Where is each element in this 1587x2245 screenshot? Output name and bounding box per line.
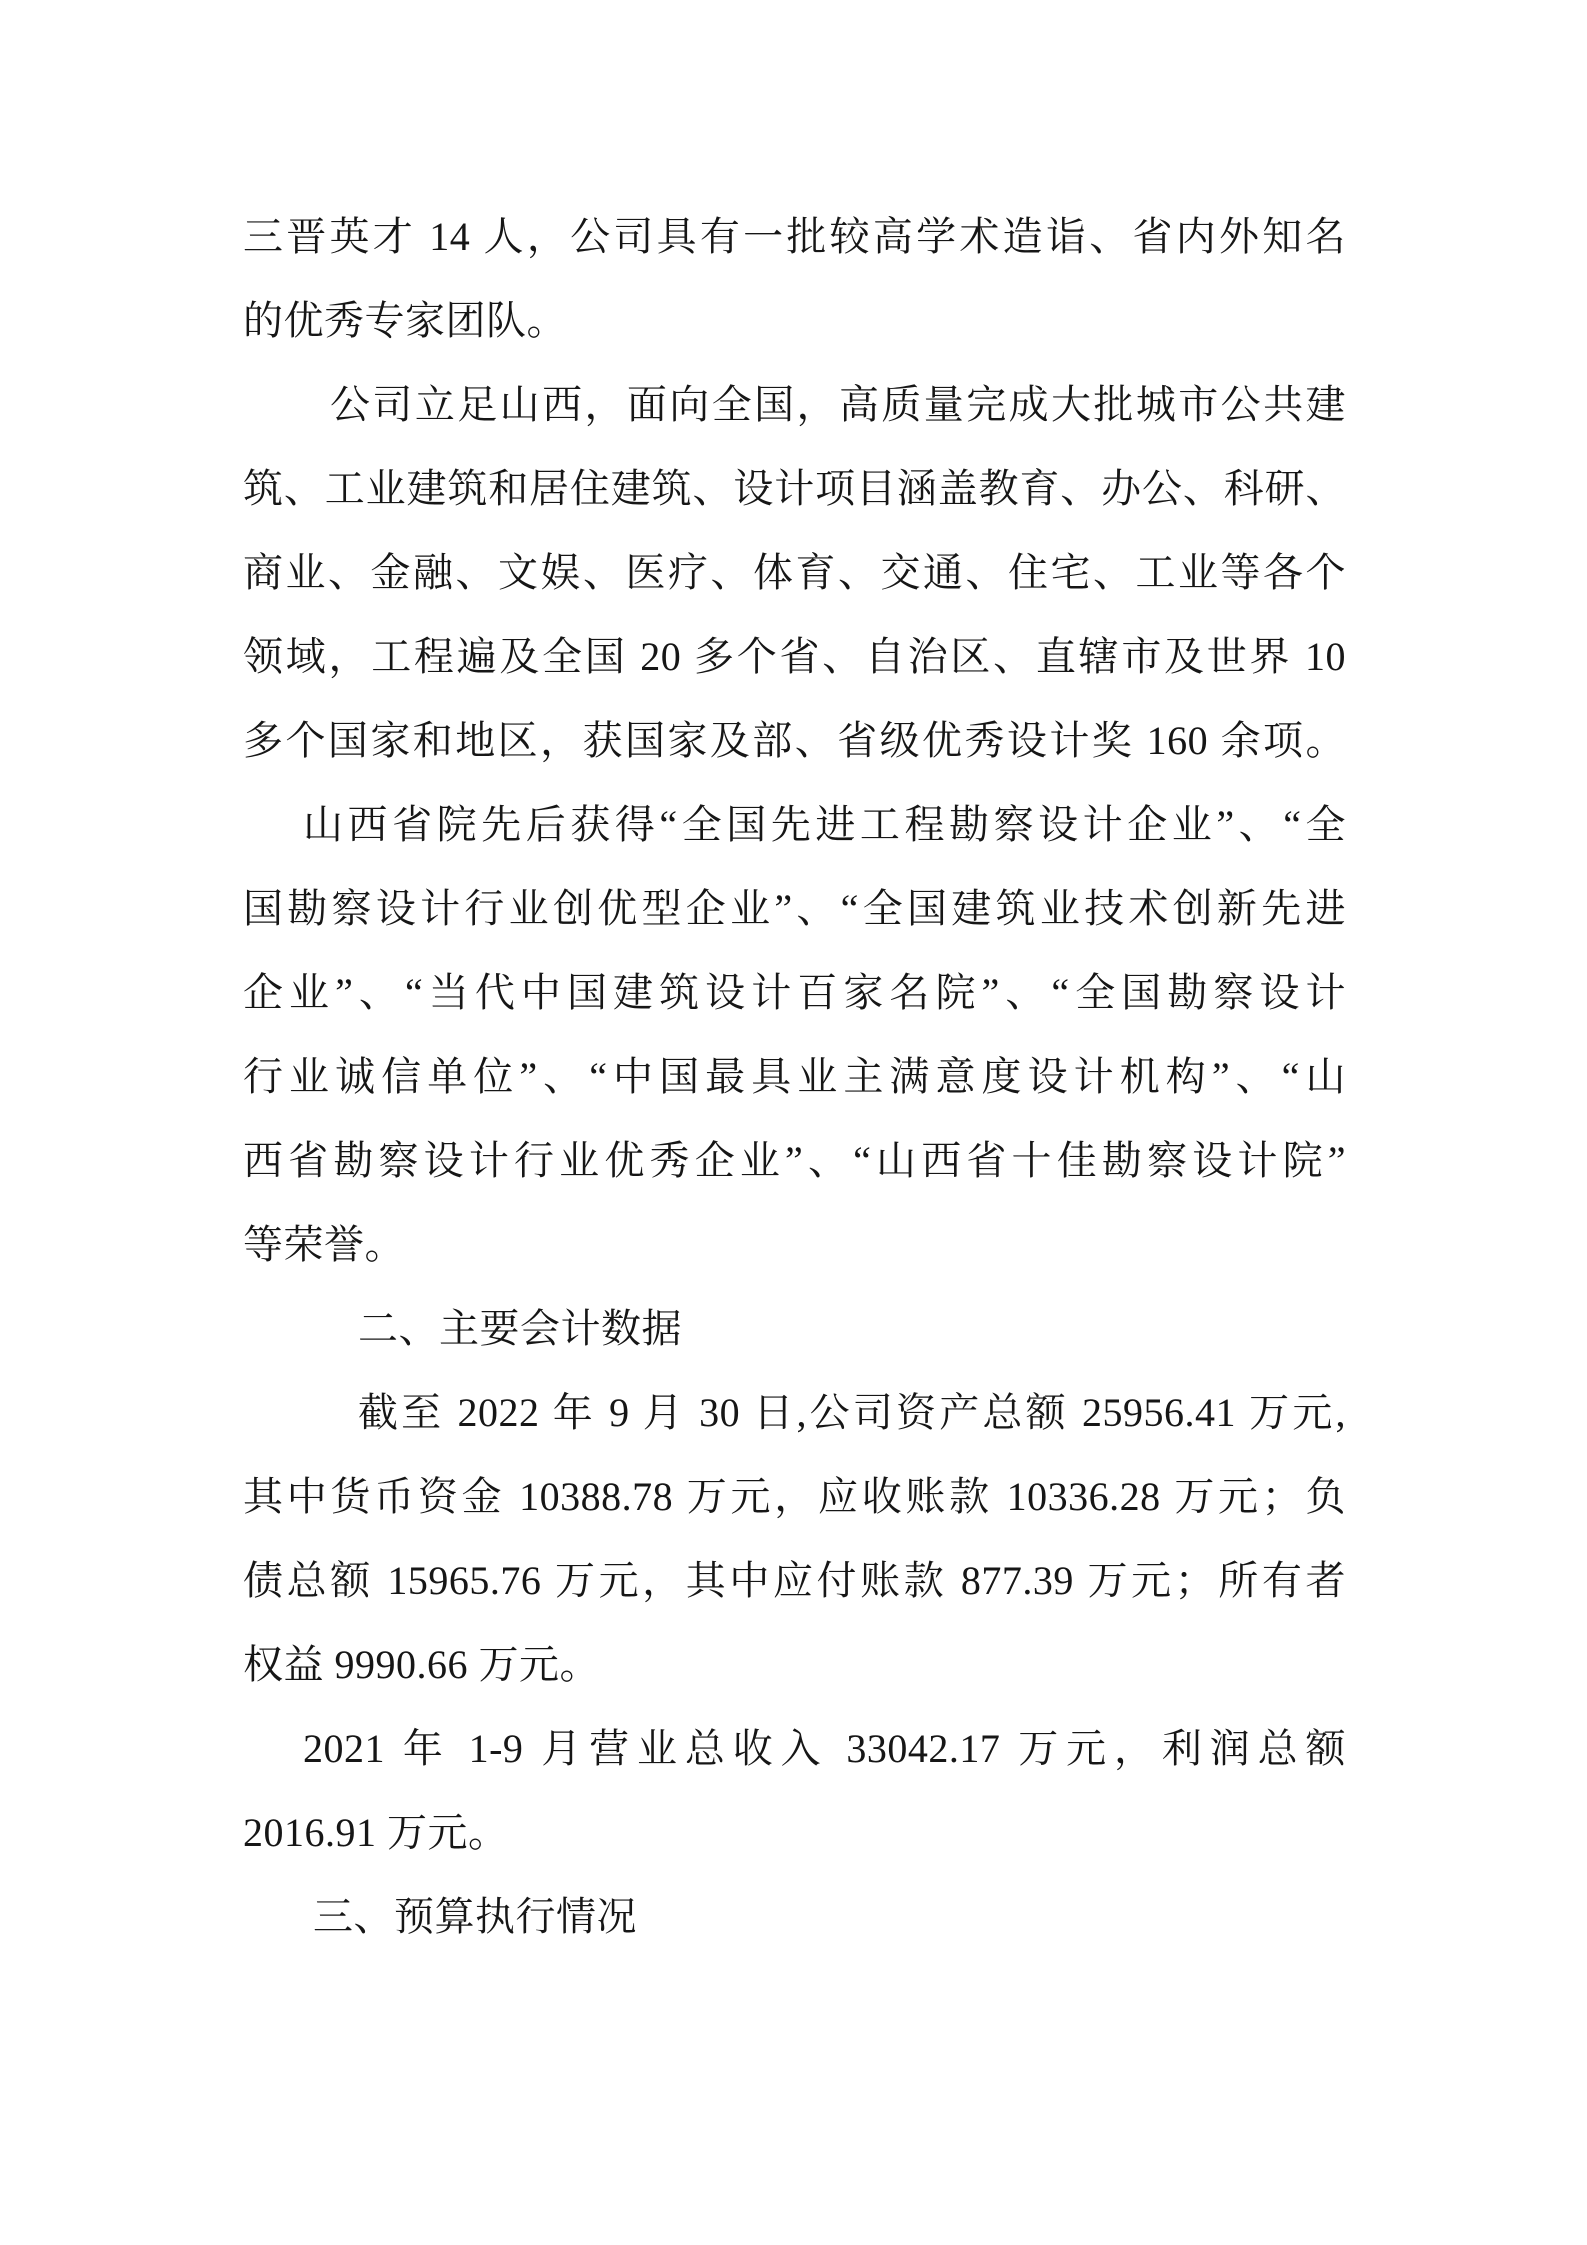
text-line: 的优秀专家团队。 (243, 279, 1346, 363)
text-line: 截至 2022 年 9 月 30 日,公司资产总额 25956.41 万元, (243, 1371, 1346, 1455)
text-line: 山西省院先后获得“全国先进工程勘察设计企业”、“全 (243, 783, 1346, 867)
document-body: 三晋英才 14 人，公司具有一批较高学术造诣、省内外知名的优秀专家团队。公司立足… (243, 195, 1346, 1959)
text-line: 筑、工业建筑和居住建筑、设计项目涵盖教育、办公、科研、 (243, 447, 1346, 531)
text-line: 2016.91 万元。 (243, 1791, 1346, 1875)
text-line: 西省勘察设计行业优秀企业”、“山西省十佳勘察设计院” (243, 1119, 1346, 1203)
text-line: 多个国家和地区，获国家及部、省级优秀设计奖 160 余项。 (243, 699, 1346, 783)
text-line: 等荣誉。 (243, 1203, 1346, 1287)
text-line: 企业”、“当代中国建筑设计百家名院”、“全国勘察设计 (243, 951, 1346, 1035)
text-line: 国勘察设计行业创优型企业”、“全国建筑业技术创新先进 (243, 867, 1346, 951)
text-line: 商业、金融、文娱、医疗、体育、交通、住宅、工业等各个 (243, 531, 1346, 615)
text-line: 其中货币资金 10388.78 万元，应收账款 10336.28 万元；负 (243, 1455, 1346, 1539)
text-line: 权益 9990.66 万元。 (243, 1623, 1346, 1707)
text-line: 三晋英才 14 人，公司具有一批较高学术造诣、省内外知名 (243, 195, 1346, 279)
section-heading: 二、主要会计数据 (243, 1287, 1346, 1371)
text-line: 领域，工程遍及全国 20 多个省、自治区、直辖市及世界 10 (243, 615, 1346, 699)
section-heading: 三、预算执行情况 (243, 1875, 1346, 1959)
text-line: 公司立足山西，面向全国，高质量完成大批城市公共建 (243, 363, 1346, 447)
text-line: 债总额 15965.76 万元，其中应付账款 877.39 万元；所有者 (243, 1539, 1346, 1623)
text-line: 2021 年 1-9 月营业总收入 33042.17 万元，利润总额 (243, 1707, 1346, 1791)
text-line: 行业诚信单位”、“中国最具业主满意度设计机构”、“山 (243, 1035, 1346, 1119)
document-page: 三晋英才 14 人，公司具有一批较高学术造诣、省内外知名的优秀专家团队。公司立足… (0, 0, 1587, 2245)
